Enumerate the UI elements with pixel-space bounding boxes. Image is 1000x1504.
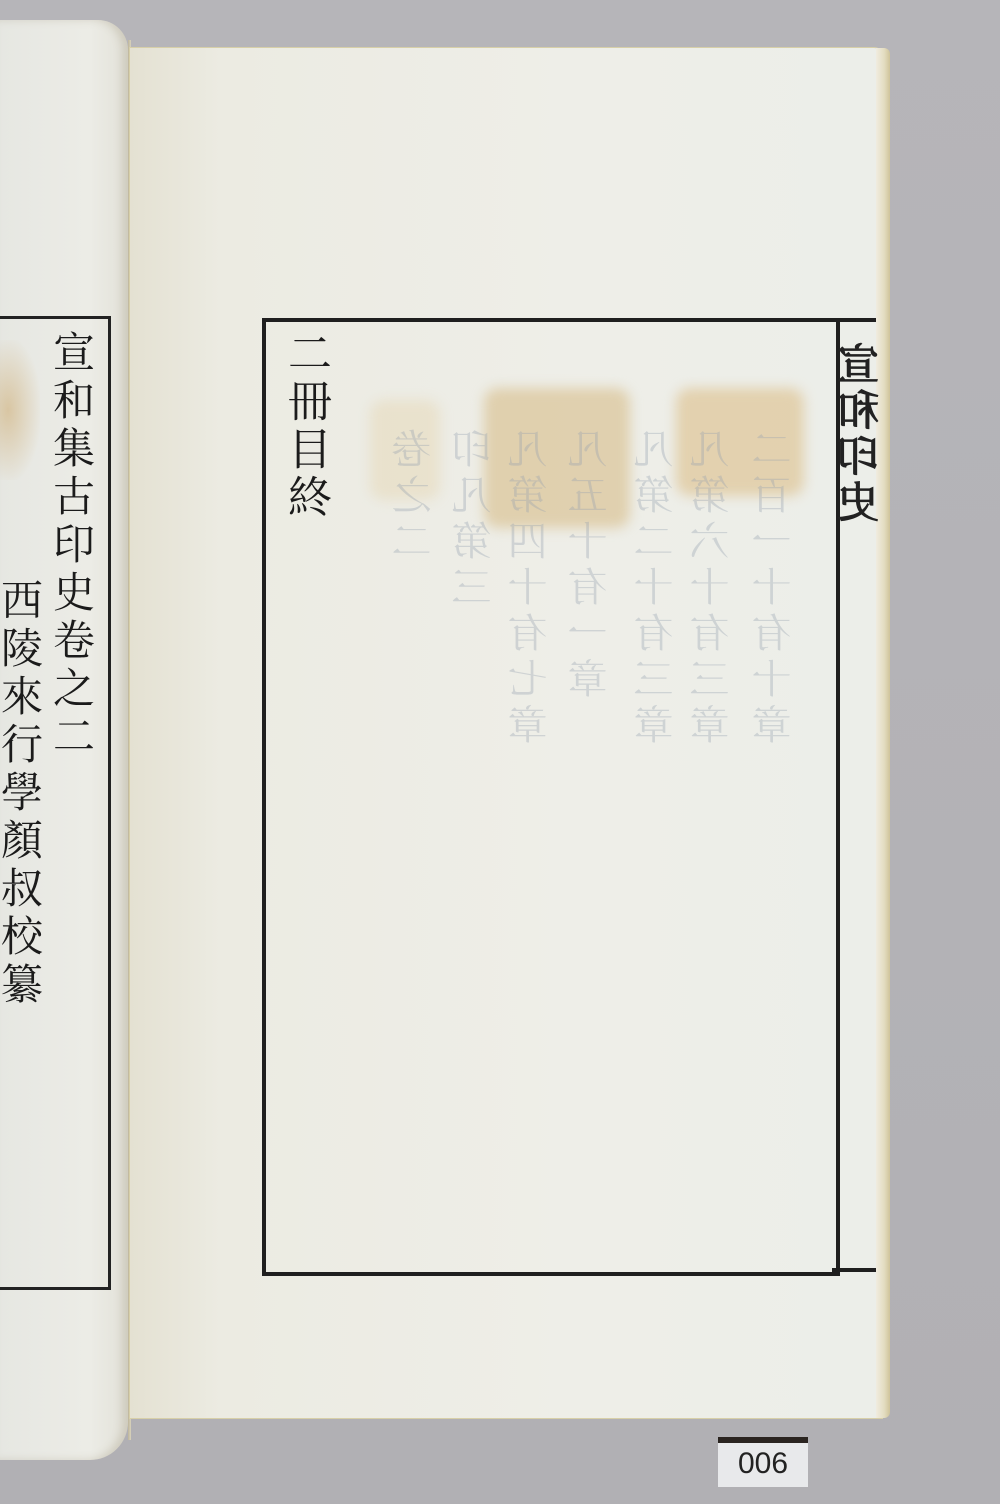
frame-bottom-extension	[832, 1268, 876, 1272]
left-title-column: 宣和集古印史卷之二	[46, 330, 96, 762]
page-number-tag: 006	[718, 1437, 808, 1487]
page-edge	[876, 48, 890, 1418]
left-author-column: 西陵來行學顏叔校纂	[0, 578, 44, 1010]
right-page-frame	[262, 318, 840, 1276]
volume-end-mark: 二冊目終	[280, 330, 330, 522]
frame-top-extension	[832, 318, 876, 322]
spine-title-reversed: 宣和印史	[836, 342, 886, 526]
page-number: 006	[718, 1447, 808, 1481]
